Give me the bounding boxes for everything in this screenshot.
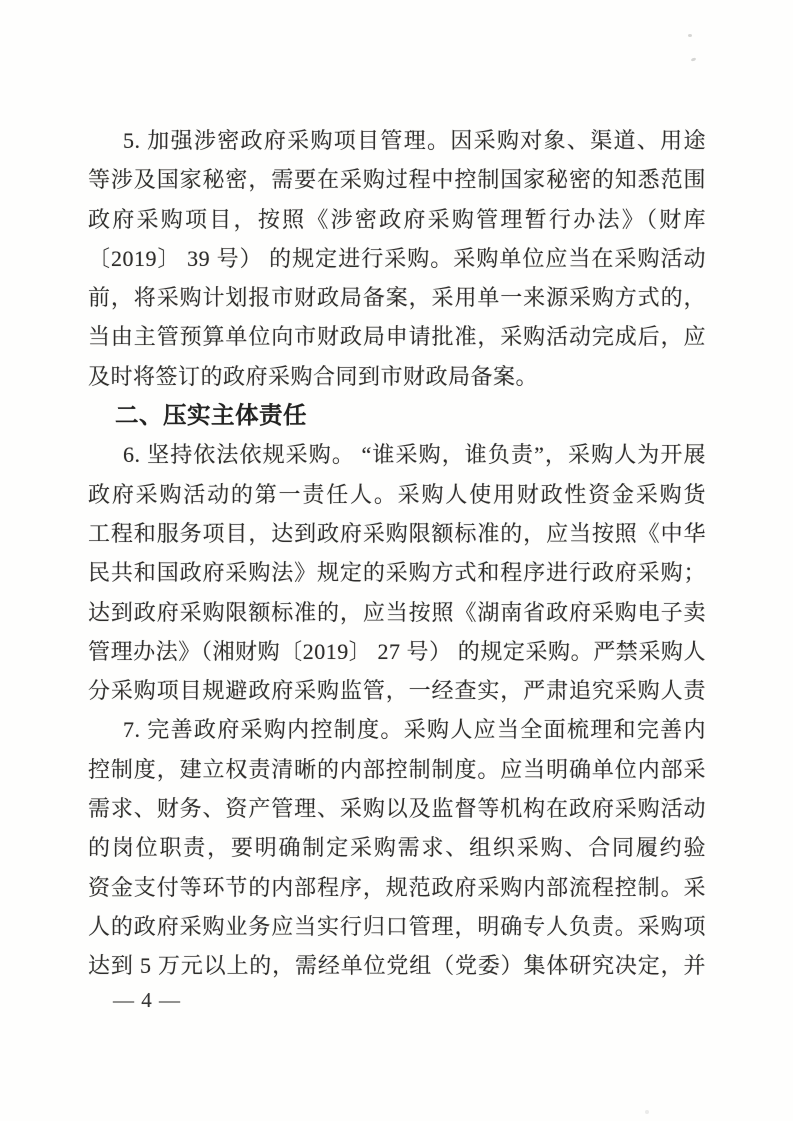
page-number: — 4 — xyxy=(113,988,181,1013)
text-line: 政府采购项目，按照《涉密政府采购管理暂行办法》（财库 xyxy=(88,200,706,239)
scanned-document-page: 5. 加强涉密政府采购项目管理。因采购对象、渠道、用途等涉及国家秘密，需要在采购… xyxy=(0,0,793,1121)
text-line: 6. 坚持依法依规采购。 “谁采购，谁负责”，采购人为开展 xyxy=(88,435,706,474)
text-line: 当由主管预算单位向市财政局申请批准，采购活动完成后，应当 xyxy=(88,317,706,356)
section-heading: 二、压实主体责任 xyxy=(88,396,706,435)
text-line: 人的政府采购业务应当实行归口管理，明确专人负责。采购项目 xyxy=(88,907,706,946)
text-line: 前，将采购计划报市财政局备案，采用单一来源采购方式的，应 xyxy=(88,278,706,317)
text-line: 〔2019〕 39 号） 的规定进行采购。采购单位应当在采购活动开始 xyxy=(88,239,706,278)
text-line: 达到 5 万元以上的，需经单位党组（党委）集体研究决定，并出 xyxy=(88,946,706,985)
text-line: 民共和国政府采购法》规定的采购方式和程序进行政府采购；未 xyxy=(88,553,706,592)
text-line: 需求、财务、资产管理、采购以及监督等机构在政府采购活动中 xyxy=(88,789,706,828)
text-line: 政府采购活动的第一责任人。采购人使用财政性资金采购货物、 xyxy=(88,475,706,514)
text-line: 达到政府采购限额标准的，应当按照《湖南省政府采购电子卖场 xyxy=(88,593,706,632)
document-body: 5. 加强涉密政府采购项目管理。因采购对象、渠道、用途等涉及国家秘密，需要在采购… xyxy=(88,121,706,986)
scan-noise-speck xyxy=(691,57,697,62)
scan-noise-speck xyxy=(645,1110,649,1114)
text-line: 的岗位职责，要明确制定采购需求、组织采购、合同履约验收、 xyxy=(88,828,706,867)
scan-noise-speck xyxy=(688,34,692,37)
text-line: 管理办法》（湘财购〔2019〕 27 号） 的规定采购。严禁采购人拆 xyxy=(88,632,706,671)
text-line: 工程和服务项目，达到政府采购限额标准的，应当按照《中华人 xyxy=(88,514,706,553)
text-line: 及时将签订的政府采购合同到市财政局备案。 xyxy=(88,357,706,396)
text-line: 7. 完善政府采购内控制度。采购人应当全面梳理和完善内 xyxy=(88,710,706,749)
text-line: 资金支付等环节的内部程序，规范政府采购内部流程控制。采购 xyxy=(88,868,706,907)
text-line: 分采购项目规避政府采购监管，一经查实，严肃追究采购人责任。 xyxy=(88,671,706,710)
text-line: 5. 加强涉密政府采购项目管理。因采购对象、渠道、用途 xyxy=(88,121,706,160)
text-line: 控制度，建立权责清晰的内部控制制度。应当明确单位内部采购 xyxy=(88,750,706,789)
text-line: 等涉及国家秘密，需要在采购过程中控制国家秘密的知悉范围的 xyxy=(88,160,706,199)
